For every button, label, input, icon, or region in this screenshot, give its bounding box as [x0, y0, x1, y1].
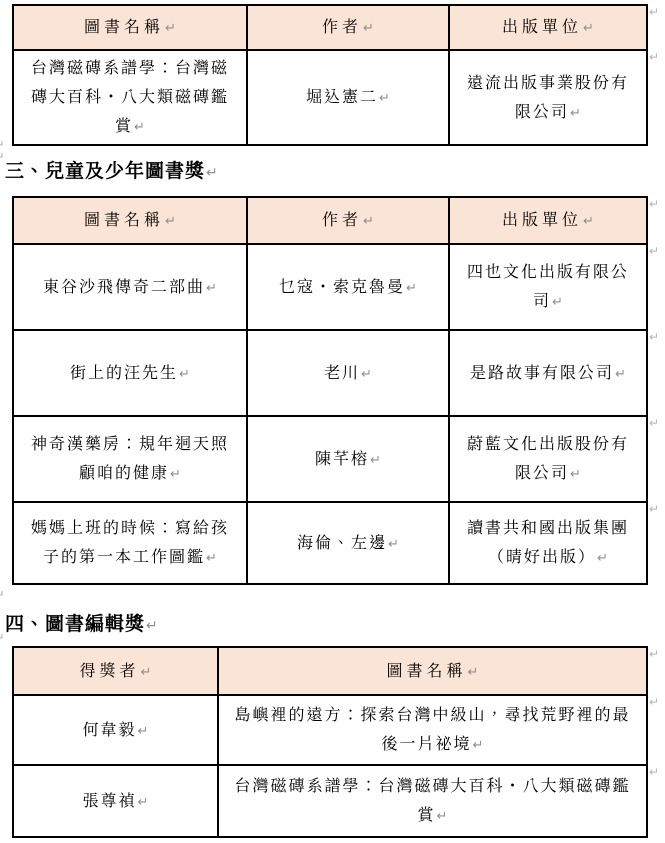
row-end-mark-icon: ↵	[649, 417, 659, 429]
cell-text: 神奇漢藥房：規年迵天照顧咱的健康	[31, 434, 229, 482]
award-table-children-and-youth: 圖書名稱↵ 作者↵ 出版單位↵ 東谷沙飛傳奇二部曲↵ 乜寇・索克魯曼↵ 四也文化…	[12, 196, 648, 585]
paragraph-mark-icon: ↵	[388, 537, 399, 552]
cell-publisher: 四也文化出版有限公司↵	[449, 244, 647, 330]
paragraph-mark-icon: ↵	[552, 295, 563, 310]
paragraph-mark-icon: ↵	[437, 809, 448, 824]
header-text: 得獎者	[80, 661, 140, 680]
cell-publisher: 是路故事有限公司↵	[449, 330, 647, 416]
row-end-mark-icon: ↵	[649, 198, 659, 210]
paragraph-mark-icon: ↵	[406, 281, 417, 296]
paragraph-mark-icon: ↵	[141, 665, 152, 680]
cell-text: 老川	[324, 363, 360, 382]
paragraph-mark-icon: ↵	[473, 738, 484, 753]
paragraph-mark-icon: ↵	[363, 214, 374, 229]
paragraph-mark-icon: ↵	[134, 120, 145, 135]
paragraph-mark-icon: ↵	[206, 165, 218, 181]
award-table-previous-section: 圖書名稱↵ 作者↵ 出版單位↵ 台灣磁磚系譜學：台灣磁磚大百科・八大類磁磚鑑賞↵…	[12, 4, 648, 146]
cell-author: 老川↵	[247, 330, 449, 416]
header-text: 出版單位	[502, 210, 582, 229]
table-row: 神奇漢藥房：規年迵天照顧咱的健康↵ 陳芊榕↵ 蔚藍文化出版股份有限公司↵	[13, 416, 647, 502]
paragraph-mark-icon: ↵	[570, 467, 581, 482]
header-text: 出版單位	[502, 17, 582, 36]
section-heading-book-editor-award: 四、圖書編輯獎↵	[5, 611, 158, 640]
table-header-row: 圖書名稱↵ 作者↵ 出版單位↵	[13, 5, 647, 50]
header-text: 作者	[322, 210, 362, 229]
column-header-publisher: 出版單位↵	[449, 5, 647, 50]
paragraph-mark-icon: ↵	[597, 551, 608, 566]
table-row: 張尊禎↵ 台灣磁磚系譜學：台灣磁磚大百科・八大類磁磚鑑賞↵	[13, 765, 647, 837]
table-row: 東谷沙飛傳奇二部曲↵ 乜寇・索克魯曼↵ 四也文化出版有限公司↵	[13, 244, 647, 330]
cell-author: 陳芊榕↵	[247, 416, 449, 502]
paragraph-mark-icon: ↵	[583, 21, 594, 36]
cell-author: 海倫、左邊↵	[247, 502, 449, 584]
cell-text: 乜寇・索克魯曼	[279, 277, 405, 296]
paragraph-mark-icon: ↵	[468, 665, 479, 680]
cell-text: 陳芊榕	[315, 449, 369, 468]
column-header-author: 作者↵	[247, 5, 449, 50]
cell-text: 媽媽上班的時候：寫給孩子的第一本工作圖鑑	[31, 518, 229, 566]
cell-text: 是路故事有限公司	[470, 363, 614, 382]
header-text: 圖書名稱	[84, 210, 164, 229]
paragraph-mark-icon: ↵	[206, 281, 217, 296]
table-row: 街上的汪先生↵ 老川↵ 是路故事有限公司↵	[13, 330, 647, 416]
column-header-book-title: 圖書名稱↵	[218, 647, 647, 695]
cell-winner: 何韋毅↵	[13, 695, 218, 765]
cell-text: 台灣磁磚系譜學：台灣磁磚大百科・八大類磁磚鑑賞	[31, 58, 229, 135]
paragraph-mark-icon: ↵	[206, 551, 217, 566]
header-text: 作者	[322, 17, 362, 36]
header-text: 圖書名稱	[387, 661, 467, 680]
cell-text: 四也文化出版有限公司	[467, 262, 629, 310]
paragraph-mark-icon: ↵	[165, 21, 176, 36]
paragraph-mark-icon: ↵	[0, 589, 5, 602]
cell-publisher: 蔚藍文化出版股份有限公司↵	[449, 416, 647, 502]
paragraph-mark-icon: ↵	[583, 214, 594, 229]
cell-book-title: 東谷沙飛傳奇二部曲↵	[13, 244, 247, 330]
paragraph-mark-icon: ↵	[138, 724, 149, 739]
table-row: 何韋毅↵ 島嶼裡的遠方：探索台灣中級山，尋找荒野裡的最後一片祕境↵	[13, 695, 647, 765]
paragraph-mark-icon: ↵	[0, 632, 5, 645]
paragraph-mark-icon: ↵	[570, 106, 581, 121]
row-end-mark-icon: ↵	[649, 245, 659, 257]
award-table-book-editor: 得獎者↵ 圖書名稱↵ 何韋毅↵ 島嶼裡的遠方：探索台灣中級山，尋找荒野裡的最後一…	[12, 646, 648, 838]
cell-winner: 張尊禎↵	[13, 765, 218, 837]
paragraph-mark-icon: ↵	[146, 618, 158, 634]
cell-book-title: 街上的汪先生↵	[13, 330, 247, 416]
cell-text: 張尊禎	[83, 791, 137, 810]
heading-text: 四、圖書編輯獎	[5, 613, 145, 635]
cell-author: 堀込憲二↵	[247, 50, 449, 145]
cell-text: 堀込憲二	[306, 87, 378, 106]
paragraph-mark-icon: ↵	[615, 367, 626, 382]
cell-text: 東谷沙飛傳奇二部曲	[43, 277, 205, 296]
paragraph-mark-icon: ↵	[0, 151, 5, 164]
table-row: 台灣磁磚系譜學：台灣磁磚大百科・八大類磁磚鑑賞↵ 堀込憲二↵ 遠流出版事業股份有…	[13, 50, 647, 145]
row-end-mark-icon: ↵	[649, 51, 659, 63]
paragraph-mark-icon: ↵	[370, 453, 381, 468]
cell-publisher: 讀書共和國出版集團（晴好出版）↵	[449, 502, 647, 584]
document-page: 圖書名稱↵ 作者↵ 出版單位↵ 台灣磁磚系譜學：台灣磁磚大百科・八大類磁磚鑑賞↵…	[0, 0, 665, 843]
cell-book-title: 神奇漢藥房：規年迵天照顧咱的健康↵	[13, 416, 247, 502]
row-end-mark-icon: ↵	[649, 331, 659, 343]
cell-book-title: 媽媽上班的時候：寫給孩子的第一本工作圖鑑↵	[13, 502, 247, 584]
cell-text: 街上的汪先生	[70, 363, 178, 382]
paragraph-mark-icon: ↵	[138, 795, 149, 810]
column-header-author: 作者↵	[247, 197, 449, 244]
row-end-mark-icon: ↵	[649, 696, 659, 708]
row-end-mark-icon: ↵	[649, 766, 659, 778]
row-end-mark-icon: ↵	[649, 503, 659, 515]
table-header-row: 得獎者↵ 圖書名稱↵	[13, 647, 647, 695]
cell-publisher: 遠流出版事業股份有限公司↵	[449, 50, 647, 145]
paragraph-mark-icon: ↵	[165, 214, 176, 229]
paragraph-mark-icon: ↵	[170, 467, 181, 482]
cell-text: 海倫、左邊	[297, 533, 387, 552]
header-text: 圖書名稱	[84, 17, 164, 36]
paragraph-mark-icon: ↵	[379, 91, 390, 106]
cell-author: 乜寇・索克魯曼↵	[247, 244, 449, 330]
column-header-book-title: 圖書名稱↵	[13, 197, 247, 244]
paragraph-mark-icon: ↵	[179, 367, 190, 382]
row-end-mark-icon: ↵	[649, 6, 659, 18]
column-header-publisher: 出版單位↵	[449, 197, 647, 244]
cell-text: 何韋毅	[83, 720, 137, 739]
table-header-row: 圖書名稱↵ 作者↵ 出版單位↵	[13, 197, 647, 244]
cell-book-title: 台灣磁磚系譜學：台灣磁磚大百科・八大類磁磚鑑賞↵	[13, 50, 247, 145]
heading-text: 三、兒童及少年圖書獎	[5, 160, 205, 182]
section-heading-children-and-youth-book-award: 三、兒童及少年圖書獎↵	[5, 158, 218, 187]
cell-text: 遠流出版事業股份有限公司	[467, 73, 629, 121]
paragraph-mark-icon: ↵	[361, 367, 372, 382]
cell-book-title: 島嶼裡的遠方：探索台灣中級山，尋找荒野裡的最後一片祕境↵	[218, 695, 647, 765]
cell-text: 蔚藍文化出版股份有限公司	[467, 434, 629, 482]
cell-book-title: 台灣磁磚系譜學：台灣磁磚大百科・八大類磁磚鑑賞↵	[218, 765, 647, 837]
column-header-book-title: 圖書名稱↵	[13, 5, 247, 50]
cell-text: 台灣磁磚系譜學：台灣磁磚大百科・八大類磁磚鑑賞	[234, 776, 630, 824]
cell-text: 島嶼裡的遠方：探索台灣中級山，尋找荒野裡的最後一片祕境	[234, 705, 630, 753]
row-end-mark-icon: ↵	[649, 648, 659, 660]
column-header-winner: 得獎者↵	[13, 647, 218, 695]
table-row: 媽媽上班的時候：寫給孩子的第一本工作圖鑑↵ 海倫、左邊↵ 讀書共和國出版集團（晴…	[13, 502, 647, 584]
paragraph-mark-icon: ↵	[363, 21, 374, 36]
